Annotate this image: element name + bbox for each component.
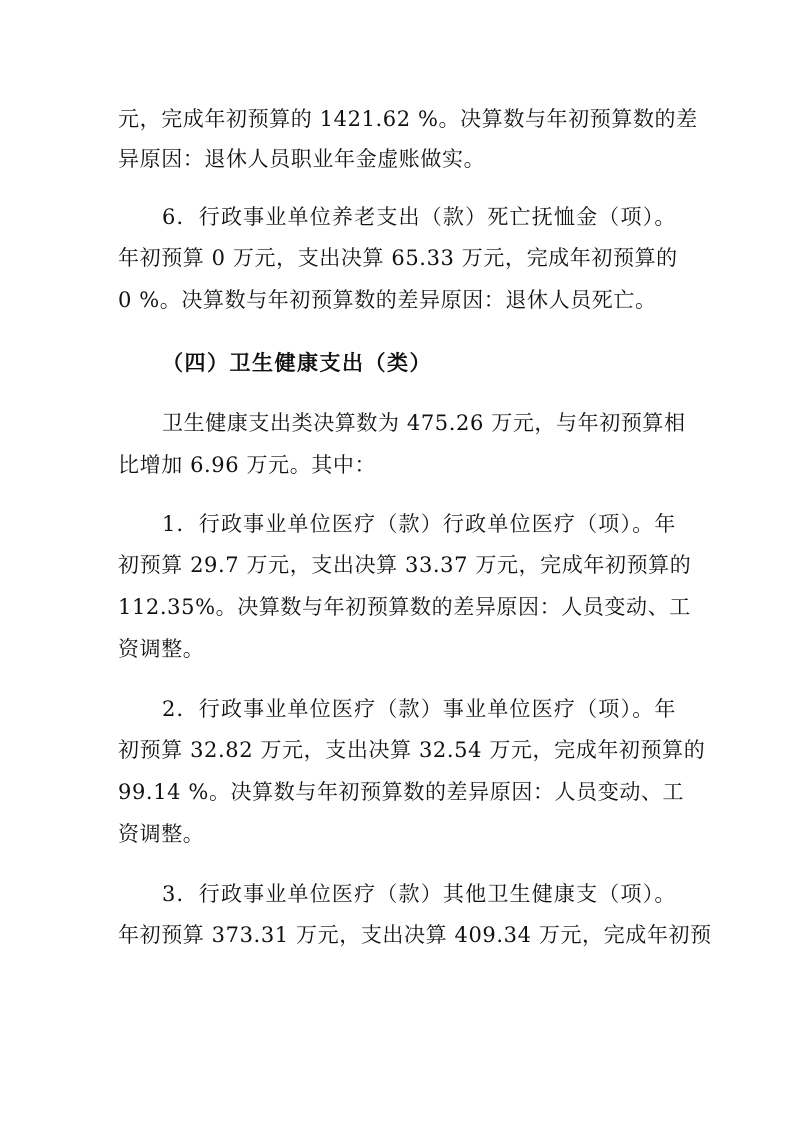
paragraph-item-1-line-4: 资调整。 xyxy=(118,636,676,662)
section-heading: （四）卫生健康支出（类） xyxy=(162,350,676,376)
paragraph-continuation-line-1: 元，完成年初预算的 1421.62 %。决算数与年初预算数的差 xyxy=(118,106,676,132)
paragraph-continuation-line-2: 异原因：退休人员职业年金虚账做实。 xyxy=(118,146,676,172)
paragraph-item-2-line-3: 99.14 %。决算数与年初预算数的差异原因：人员变动、工 xyxy=(118,779,676,805)
paragraph-item-1-line-1: 1．行政事业单位医疗（款）行政单位医疗（项）。年 xyxy=(162,511,676,537)
paragraph-item-2-line-2: 初预算 32.82 万元，支出决算 32.54 万元，完成年初预算的 xyxy=(118,737,676,763)
paragraph-item-1-line-3: 112.35%。决算数与年初预算数的差异原因：人员变动、工 xyxy=(118,594,676,620)
paragraph-item-2-line-4: 资调整。 xyxy=(118,821,676,847)
paragraph-item-6-line-3: 0 %。决算数与年初预算数的差异原因：退休人员死亡。 xyxy=(118,287,676,313)
paragraph-item-6-line-2: 年初预算 0 万元，支出决算 65.33 万元，完成年初预算的 xyxy=(118,245,676,271)
paragraph-summary-line-1: 卫生健康支出类决算数为 475.26 万元，与年初预算相 xyxy=(162,410,676,436)
paragraph-item-3-line-1: 3．行政事业单位医疗（款）其他卫生健康支（项）。 xyxy=(162,881,676,907)
paragraph-item-2-line-1: 2．行政事业单位医疗（款）事业单位医疗（项）。年 xyxy=(162,696,676,722)
paragraph-item-3-line-2: 年初预算 373.31 万元，支出决算 409.34 万元，完成年初预 xyxy=(118,922,676,948)
paragraph-item-6-line-1: 6．行政事业单位养老支出（款）死亡抚恤金（项）。 xyxy=(162,204,676,230)
paragraph-summary-line-2: 比增加 6.96 万元。其中： xyxy=(118,452,676,478)
paragraph-item-1-line-2: 初预算 29.7 万元，支出决算 33.37 万元，完成年初预算的 xyxy=(118,552,676,578)
